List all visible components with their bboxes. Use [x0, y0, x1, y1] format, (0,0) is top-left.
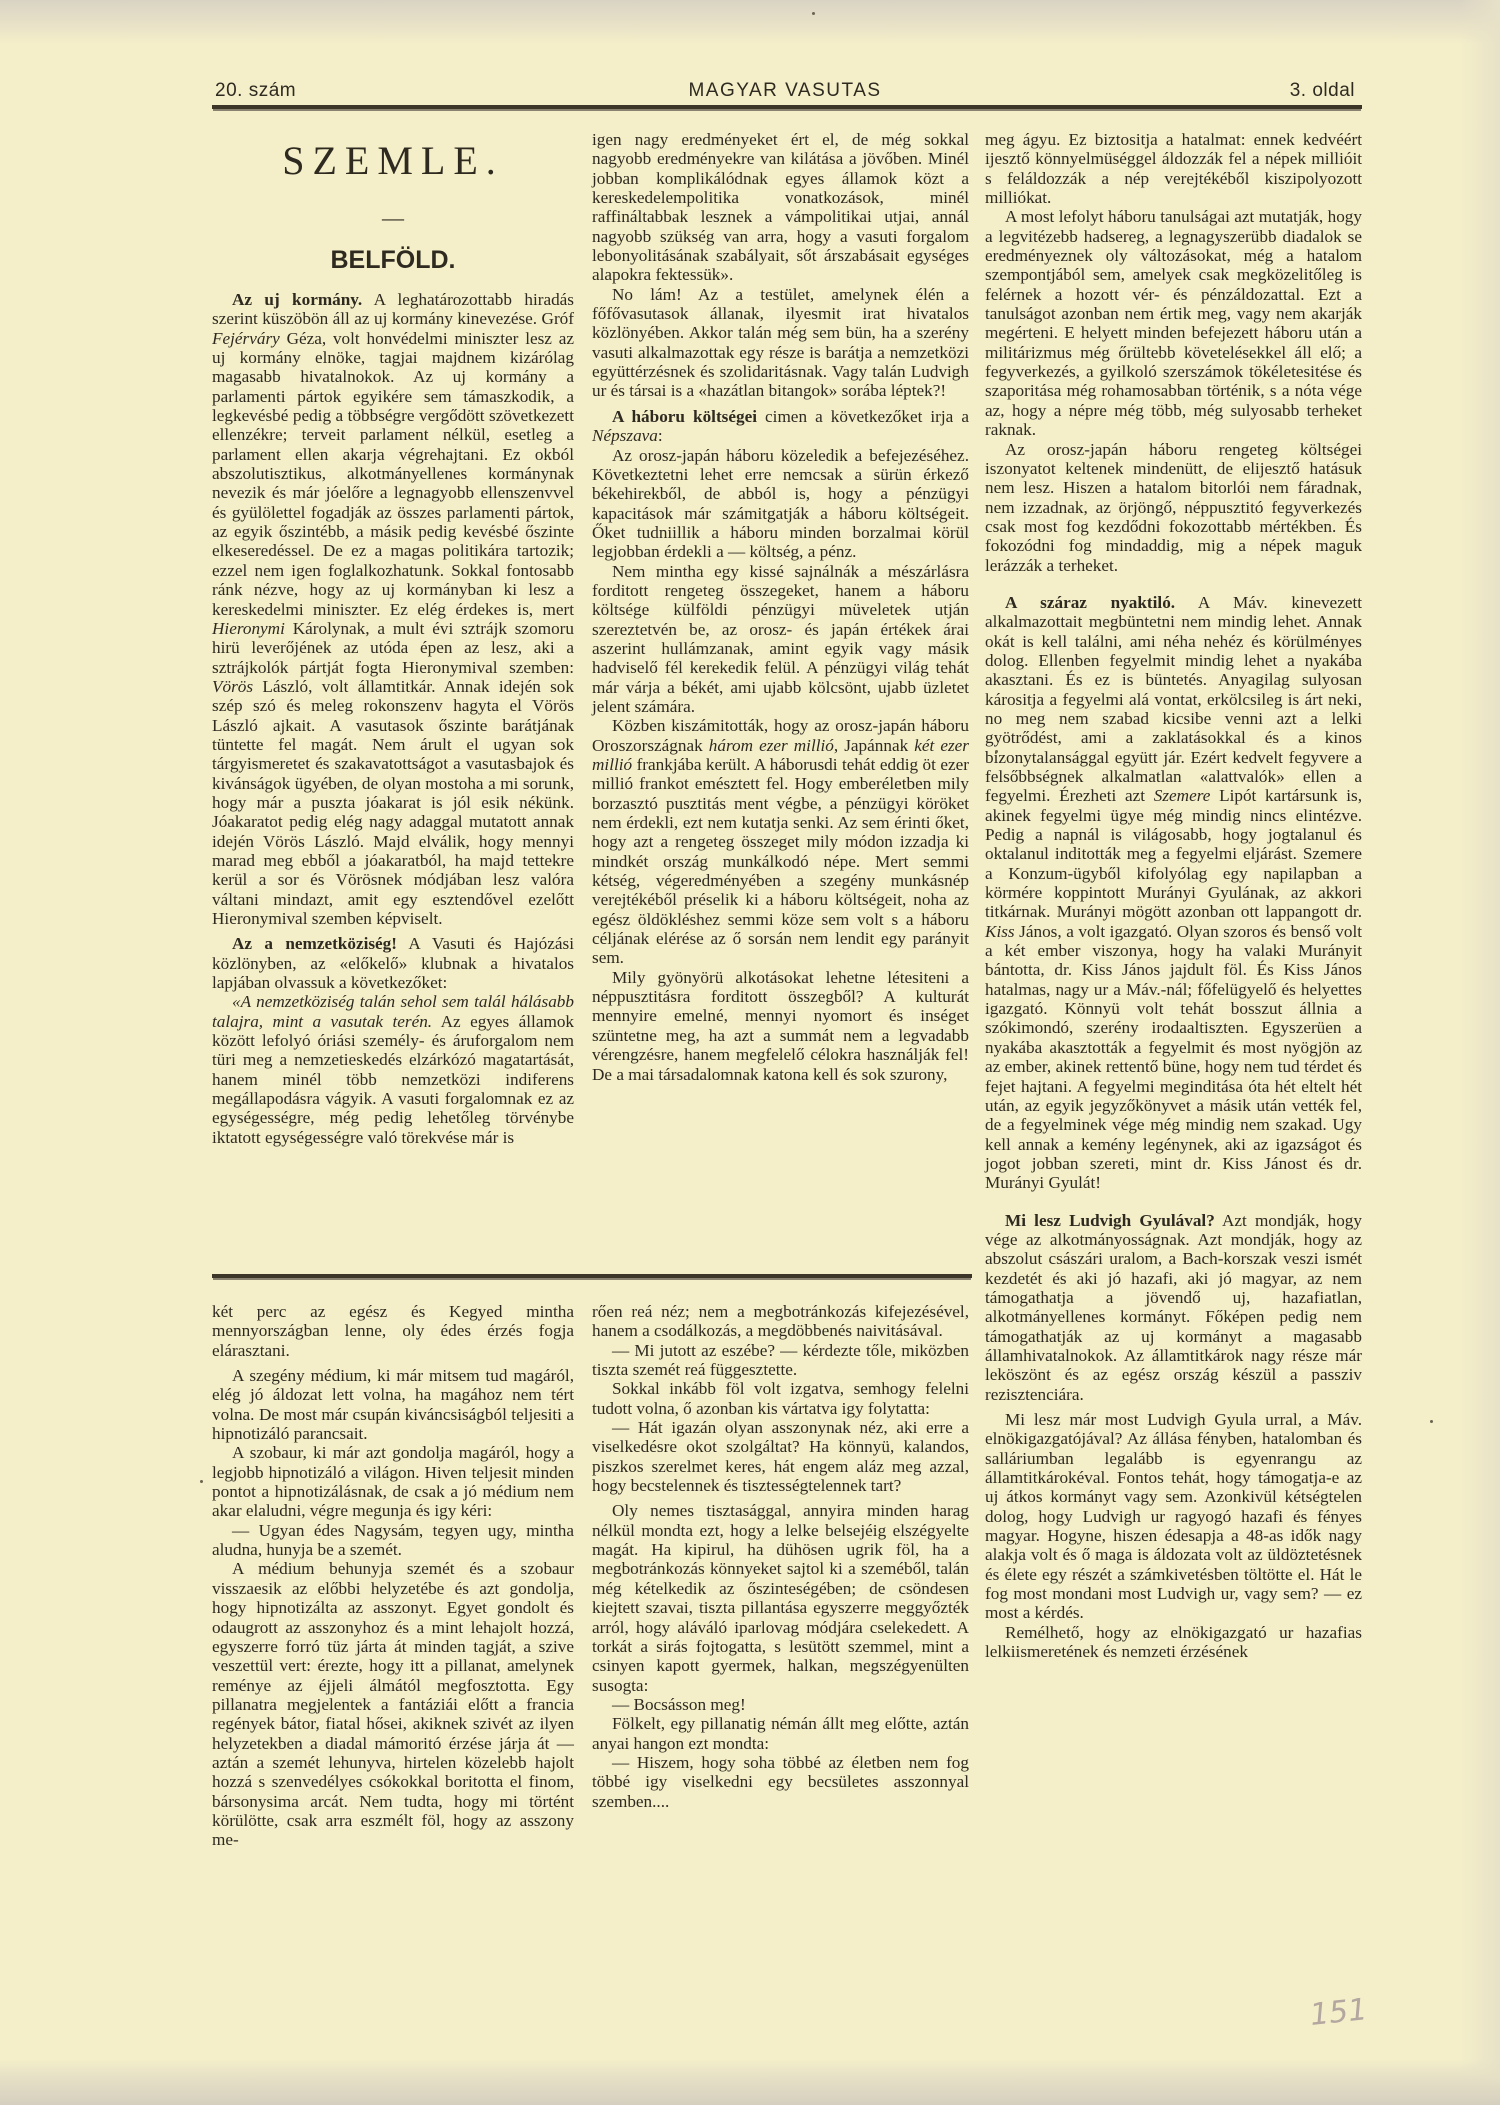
paragraph: igen nagy eredményeket ért el, de még so… [592, 130, 969, 285]
paragraph: Nem mintha egy kissé sajnálnák a mészárl… [592, 562, 969, 717]
paragraph: Fölkelt, egy pillanatig némán állt meg e… [592, 1714, 969, 1753]
dialogue-line: — Mi jutott az eszébe? — kérdezte tőle, … [592, 1341, 969, 1380]
paragraph: A médium behunyja szemét és a szobaur vi… [212, 1559, 574, 1849]
article-uj-kormany: Az uj kormány. A leghatározottabb hiradá… [212, 290, 574, 928]
publication-title: MAGYAR VASUTAS [215, 80, 1355, 102]
lower-column-2: rően reá néz; nem a megbotránkozás kifej… [592, 1302, 969, 1811]
paper-speck [1430, 1420, 1433, 1423]
dialogue-line: — Hát igazán olyan asszonynak néz, aki e… [592, 1418, 969, 1495]
paragraph: rően reá néz; nem a megbotránkozás kifej… [592, 1302, 969, 1341]
page-edge-top [0, 0, 1500, 44]
header-rule [212, 105, 1362, 109]
section-subtitle: BELFÖLD. [212, 244, 574, 276]
paragraph: A szobaur, ki már azt gondolja magáról, … [212, 1443, 574, 1520]
quote-paragraph: «A nemzetköziség talán sehol sem talál h… [212, 992, 574, 1147]
paragraph: két perc az egész és Kegyed mintha menny… [212, 1302, 574, 1360]
paragraph: meg ágyu. Ez biztositja a hatalmat: enne… [985, 130, 1362, 207]
handwritten-page-number: 151 [1308, 1992, 1369, 2033]
page-edge-right [1460, 0, 1500, 2105]
article-nemzetkoziseg: Az a nemzetköziség! A Vasuti és Hajózási… [212, 934, 574, 992]
section-dash: — [212, 198, 574, 238]
paragraph: Mi lesz már most Ludvigh Gyula urral, a … [985, 1410, 1362, 1623]
page-edge-bottom [0, 2059, 1500, 2105]
column-3: meg ágyu. Ez biztositja a hatalmat: enne… [985, 130, 1362, 1661]
paper-speck [995, 750, 998, 753]
article-heading: A száraz nyaktiló. [1005, 593, 1175, 612]
article-ludvigh-gyula: Mi lesz Ludvigh Gyulával? Azt mondják, h… [985, 1211, 1362, 1404]
dialogue-line: — Ugyan édes Nagysám, tegyen ugy, mintha… [212, 1521, 574, 1560]
article-heading: A háboru költségei [612, 407, 757, 426]
article-heading: Az a nemzetköziség! [232, 934, 397, 953]
page-number: 3. oldal [1290, 80, 1355, 102]
paragraph: Remélhető, hogy az elnökigazgató ur haza… [985, 1623, 1362, 1662]
upper-column-2: igen nagy eredményeket ért el, de még so… [592, 130, 969, 1084]
paper-speck [812, 12, 815, 15]
dialogue-line: — Bocsásson meg! [592, 1695, 969, 1714]
paragraph: Sokkal inkább föl volt izgatva, semhogy … [592, 1379, 969, 1418]
dialogue-line: — Hiszem, hogy soha többé az életben nem… [592, 1753, 969, 1811]
paragraph: Az orosz-japán háboru rengeteg költségei… [985, 440, 1362, 575]
paragraph: A most lefolyt háboru tanulságai azt mut… [985, 207, 1362, 439]
article-heading: Mi lesz Ludvigh Gyulával? [1005, 1211, 1215, 1230]
paragraph: No lám! Az a testület, amelynek élén a f… [592, 285, 969, 401]
feuilleton-rule [212, 1274, 972, 1278]
paper-speck [200, 1480, 203, 1483]
article-szaraz-nyaktilo: A száraz nyaktiló. A Máv. kinevezett alk… [985, 593, 1362, 1193]
paragraph: Oly nemes tisztasággal, annyira minden h… [592, 1501, 969, 1694]
article-haboru-koltsegei: A háboru költségei cimen a következőket … [592, 407, 969, 446]
paragraph: Az orosz-japán háboru közeledik a befeje… [592, 446, 969, 562]
article-heading: Az uj kormány. [232, 290, 362, 309]
upper-column-1: SZEMLE. — BELFÖLD. Az uj kormány. A legh… [212, 128, 574, 1147]
paragraph: A szegény médium, ki már mitsem tud magá… [212, 1366, 574, 1443]
paragraph: Közben kiszámitották, hogy az orosz-japá… [592, 716, 969, 967]
section-title: SZEMLE. [212, 138, 574, 184]
paragraph: Mily gyönyörü alkotásokat lehetne létesi… [592, 968, 969, 1084]
lower-column-1: két perc az egész és Kegyed mintha menny… [212, 1302, 574, 1850]
